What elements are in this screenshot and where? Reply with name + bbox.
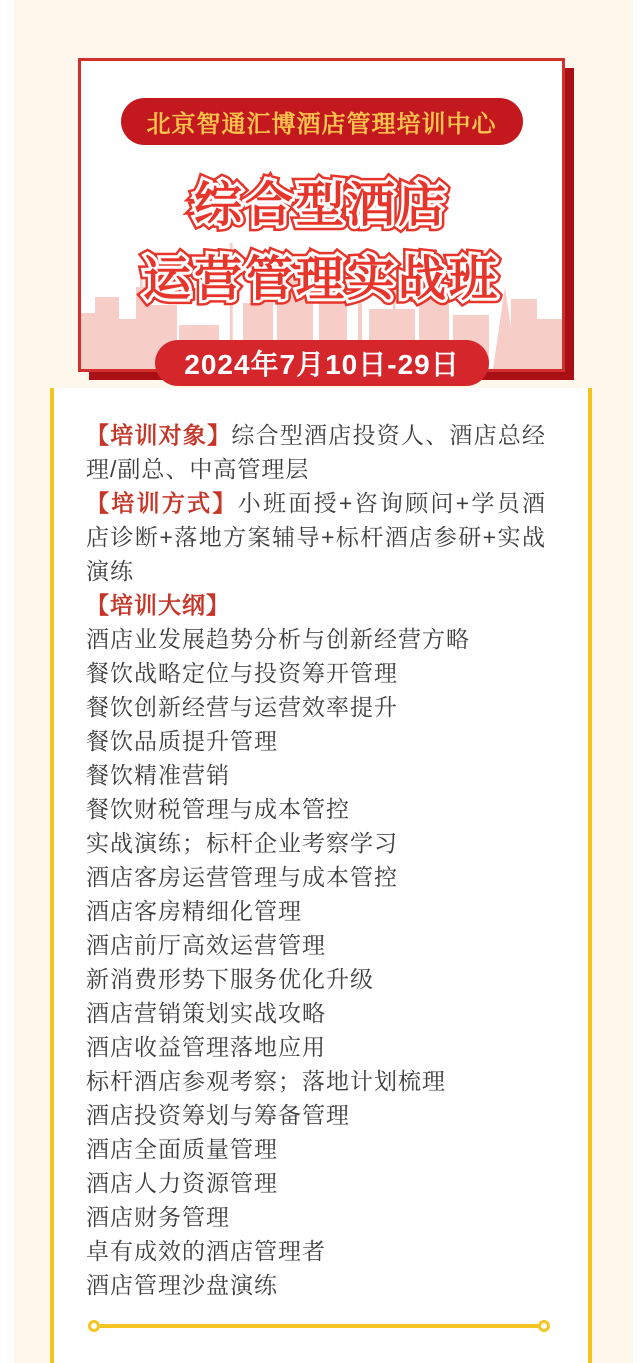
date-banner-label: 2024年7月10日-29日	[184, 343, 459, 383]
divider-ring-right-icon	[538, 1320, 550, 1332]
outline-item: 酒店客房精细化管理	[86, 894, 546, 928]
outline-item: 酒店前厅高效运营管理	[86, 928, 546, 962]
outline-item: 酒店业发展趋势分析与创新经营方略	[86, 622, 546, 656]
outline-item: 卓有成效的酒店管理者	[86, 1234, 546, 1268]
title-line-1: 综合型酒店 综合型酒店 综合型酒店	[81, 169, 562, 243]
content-panel: 【培训对象】综合型酒店投资人、酒店总经理/副总、中高管理层 【培训方式】小班面授…	[50, 388, 592, 1363]
org-badge-label: 北京智通汇博酒店管理培训中心	[147, 104, 497, 139]
content-text-block: 【培训对象】综合型酒店投资人、酒店总经理/副总、中高管理层 【培训方式】小班面授…	[54, 388, 588, 1302]
title-line-2: 运营管理实战班 运营管理实战班 运营管理实战班	[81, 243, 562, 317]
outline-item: 餐饮战略定位与投资筹开管理	[86, 656, 546, 690]
outline-item: 酒店客房运营管理与成本管控	[86, 860, 546, 894]
outline-item: 餐饮精准营销	[86, 758, 546, 792]
training-method-label: 【培训方式】	[86, 490, 238, 516]
title-line-1-fill-layer: 综合型酒店	[81, 169, 562, 243]
outline-item: 酒店财务管理	[86, 1200, 546, 1234]
date-banner: 2024年7月10日-29日	[155, 340, 489, 386]
bottom-divider	[88, 1320, 550, 1332]
poster-title: 综合型酒店 综合型酒店 综合型酒店 运营管理实战班 运营管理实战班 运营管理实战…	[81, 169, 562, 317]
divider-line	[100, 1324, 538, 1328]
outline-header: 【培训大纲】	[86, 588, 546, 622]
outline-item: 餐饮财税管理与成本管控	[86, 792, 546, 826]
outline-item: 实战演练；标杆企业考察学习	[86, 826, 546, 860]
title-line-2-fill-layer: 运营管理实战班	[81, 243, 562, 317]
training-target-label: 【培训对象】	[86, 422, 231, 448]
training-method-paragraph: 【培训方式】小班面授+咨询顾问+学员酒店诊断+落地方案辅导+标杆酒店参研+实战演…	[86, 486, 546, 588]
outline-item: 新消费形势下服务优化升级	[86, 962, 546, 996]
outline-item: 酒店全面质量管理	[86, 1132, 546, 1166]
outline-item: 酒店收益管理落地应用	[86, 1030, 546, 1064]
outline-item: 餐饮创新经营与运营效率提升	[86, 690, 546, 724]
outline-item: 餐饮品质提升管理	[86, 724, 546, 758]
outline-item: 标杆酒店参观考察；落地计划梳理	[86, 1064, 546, 1098]
outline-item: 酒店人力资源管理	[86, 1166, 546, 1200]
outline-list: 酒店业发展趋势分析与创新经营方略餐饮战略定位与投资筹开管理餐饮创新经营与运营效率…	[86, 622, 546, 1302]
divider-ring-left-icon	[88, 1320, 100, 1332]
outline-item: 酒店投资筹划与筹备管理	[86, 1098, 546, 1132]
header-card: 北京智通汇博酒店管理培训中心 综合型酒店 综合型酒店 综合型酒店 运营管理实战班…	[78, 58, 565, 372]
outline-item: 酒店营销策划实战攻略	[86, 996, 546, 1030]
training-target-paragraph: 【培训对象】综合型酒店投资人、酒店总经理/副总、中高管理层	[86, 418, 546, 486]
poster-page: 北京智通汇博酒店管理培训中心 综合型酒店 综合型酒店 综合型酒店 运营管理实战班…	[0, 0, 640, 1363]
org-badge: 北京智通汇博酒店管理培训中心	[121, 98, 523, 145]
outline-item: 酒店管理沙盘演练	[86, 1268, 546, 1302]
